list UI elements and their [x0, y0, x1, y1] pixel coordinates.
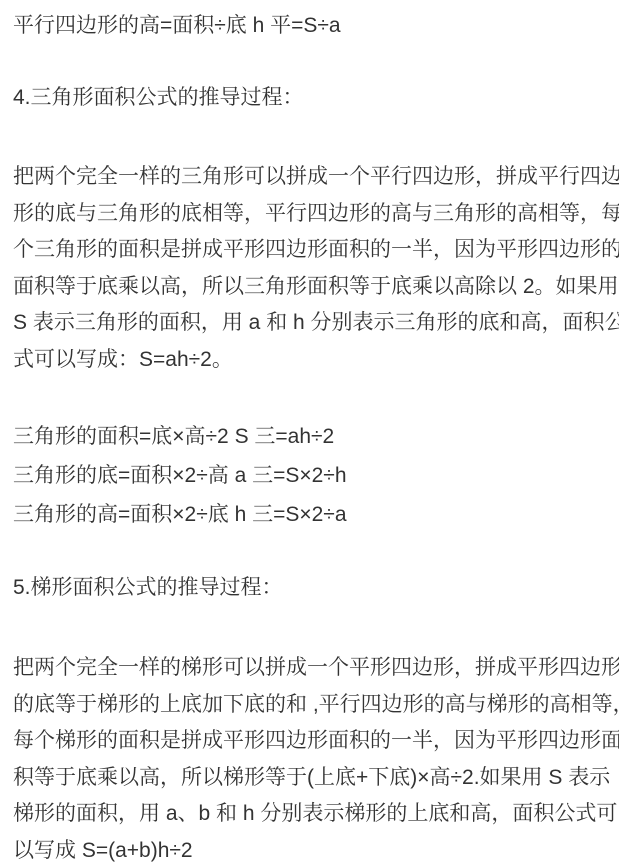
document-page: 平行四边形的高=面积÷底 h 平=S÷a 4.三角形面积公式的推导过程： 把两个… — [0, 0, 619, 868]
paragraph-line: 梯形的面积，用 a、b 和 h 分别表示梯形的上底和高，面积公式可 — [13, 796, 611, 833]
paragraph-line: 面积等于底乘以高，所以三角形面积等于底乘以高除以 2。如果用 — [13, 269, 611, 306]
paragraph-line: 的底等于梯形的上底加下底的和 ,平行四边形的高与梯形的高相等， — [13, 687, 611, 724]
paragraph-line: 个三角形的面积是拼成平形四边形面积的一半，因为平形四边形的 — [13, 232, 611, 269]
paragraph-line: 以写成 S=(a+b)h÷2 — [13, 833, 611, 868]
formula-triangle-height: 三角形的高=面积×2÷底 h 三=S×2÷a — [13, 495, 611, 534]
paragraph-line: 形的底与三角形的底相等，平行四边形的高与三角形的高相等，每 — [13, 196, 611, 233]
paragraph-line: 每个梯形的面积是拼成平形四边形面积的一半，因为平形四边形面 — [13, 723, 611, 760]
section4-formula-list: 三角形的面积=底×高÷2 S 三=ah÷2 三角形的底=面积×2÷高 a 三=S… — [13, 417, 611, 534]
section4-heading: 4.三角形面积公式的推导过程： — [13, 84, 611, 112]
paragraph-line: S 表示三角形的面积，用 a 和 h 分别表示三角形的底和高，面积公 — [13, 305, 611, 342]
paragraph-line: 把两个完全一样的三角形可以拼成一个平行四边形，拼成平行四边 — [13, 159, 611, 196]
paragraph-line: 式可以写成：S=ah÷2。 — [13, 342, 611, 379]
formula-triangle-area: 三角形的面积=底×高÷2 S 三=ah÷2 — [13, 417, 611, 456]
section4-paragraph: 把两个完全一样的三角形可以拼成一个平行四边形，拼成平行四边 形的底与三角形的底相… — [13, 159, 611, 378]
formula-triangle-base: 三角形的底=面积×2÷高 a 三=S×2÷h — [13, 456, 611, 495]
section5-paragraph: 把两个完全一样的梯形可以拼成一个平形四边形，拼成平形四边形 的底等于梯形的上底加… — [13, 650, 611, 868]
formula-parallelogram-height: 平行四边形的高=面积÷底 h 平=S÷a — [13, 12, 611, 40]
section5-heading: 5.梯形面积公式的推导过程： — [13, 574, 611, 602]
paragraph-line: 积等于底乘以高，所以梯形等于(上底+下底)×高÷2.如果用 S 表示 — [13, 760, 611, 797]
paragraph-line: 把两个完全一样的梯形可以拼成一个平形四边形，拼成平形四边形 — [13, 650, 611, 687]
